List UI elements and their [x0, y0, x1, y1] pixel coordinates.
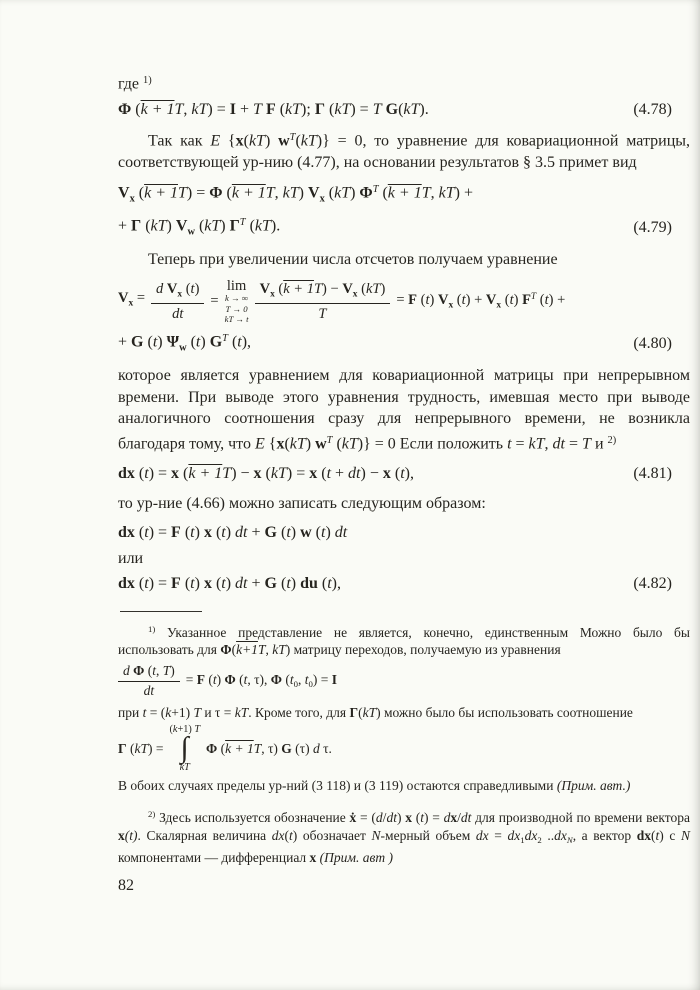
equation-line-2: + Γ (kT) Vw (kT) ΓT (kT). (4.79): [118, 212, 690, 243]
equation-line-2: + G (t) Ψw (t) GT (t), (4.80): [118, 328, 690, 359]
equation-head: Vx =: [118, 288, 145, 315]
equation-body: dx (t) = F (t) x (t) dt + G (t) du (t),: [118, 573, 341, 595]
equation-body: Vx (k + 1T) = Φ (k + 1T, kT) Vx (kT) ΦT …: [118, 179, 473, 210]
equation-body: + Γ (kT) Vw (kT) ΓT (kT).: [118, 212, 280, 243]
fraction-numerator: d Φ (t, T): [118, 663, 180, 682]
equation-number: (4.80): [633, 333, 672, 355]
equation-number: (4.82): [633, 573, 672, 595]
equation-head: Γ (kT) =: [118, 740, 163, 758]
intro-where-line: где 1): [118, 70, 690, 95]
lim-condition: k → ∞: [225, 293, 248, 303]
footnote-1-text: 1) Указанное представление не является, …: [118, 620, 690, 660]
equation-4-79: Vx (k + 1T) = Φ (k + 1T, kT) Vx (kT) ΦT …: [118, 179, 690, 243]
lim-condition: T → 0: [226, 304, 248, 314]
lim-word: lim: [227, 279, 246, 294]
scanned-book-page: где 1) Φ (k + 1T, kT) = I + T F (kT); Γ …: [0, 0, 700, 990]
word-or: или: [118, 548, 690, 570]
equation-body: dx (t) = x (k + 1T) − x (kT) = x (t + dt…: [118, 463, 414, 485]
fraction-difference-quotient: Vx (k + 1T) − Vx (kT) T: [255, 280, 391, 322]
equation-4-81: dx (t) = x (k + 1T) − x (kT) = x (t + dt…: [118, 463, 690, 485]
fraction-denominator: T: [318, 304, 326, 323]
fraction-numerator: d Vx (t): [151, 280, 204, 303]
paragraph-kotoroe: которое является уравнением для ковариац…: [118, 365, 690, 455]
footnotes-section: 1) Указанное представление не является, …: [118, 620, 690, 868]
fraction-numerator: Vx (k + 1T) − Vx (kT): [255, 280, 391, 303]
fraction-dphi-dt: d Φ (t, T) dt: [118, 663, 180, 700]
equation-4-80: Vx = d Vx (t) dt = lim k → ∞ T → 0 kT → …: [118, 279, 690, 360]
paragraph-teper: Теперь при увеличении числа отсчетов пол…: [118, 249, 690, 271]
equation-body: + G (t) Ψw (t) GT (t),: [118, 328, 251, 359]
lim-condition: kT → t: [225, 314, 249, 324]
integral-with-limits: (k+1) T ∫ kT: [169, 724, 200, 773]
equation-number: (4.79): [633, 217, 672, 239]
footnote-1-equation-integral: Γ (kT) = (k+1) T ∫ kT Φ (k + 1T, τ) G (τ…: [118, 724, 690, 773]
equation-line-1: Vx (k + 1T) = Φ (k + 1T, kT) Vx (kT) ΦT …: [118, 179, 690, 210]
limit-operator: lim k → ∞ T → 0 kT → t: [225, 279, 249, 325]
paragraph-to-urnie: то ур-ние (4.66) можно записать следующи…: [118, 493, 690, 515]
integral-sign: ∫: [181, 735, 189, 762]
equation-tail: = F (t) Φ (t, τ), Φ (t0, t0) = I: [186, 671, 337, 693]
equation-body: Φ (k + 1T, kT) = I + T F (kT); Γ (kT) = …: [118, 99, 429, 121]
equation-number: (4.81): [633, 463, 672, 485]
integral-lower-limit: kT: [180, 762, 190, 773]
equation-line-1: Vx = d Vx (t) dt = lim k → ∞ T → 0 kT → …: [118, 279, 690, 325]
equation-body: dx (t) = F (t) x (t) dt + G (t) w (t) dt: [118, 522, 347, 544]
equation-4-78: Φ (k + 1T, kT) = I + T F (kT); Γ (kT) = …: [118, 99, 690, 121]
footnote-1-closing-text: В обоих случаях пределы ур-ний (3 118) и…: [118, 777, 690, 795]
page-content: где 1) Φ (k + 1T, kT) = I + T F (kT); Γ …: [118, 70, 690, 897]
equation-unnumbered: dx (t) = F (t) x (t) dt + G (t) w (t) dt: [118, 522, 690, 544]
equals-sign: =: [210, 291, 218, 313]
fraction-dvx-dt: d Vx (t) dt: [151, 280, 204, 322]
footnote-2-text: 2) Здесь используется обозначение ẋ = (d…: [118, 805, 690, 867]
equation-tail: = F (t) Vx (t) + Vx (t) FT (t) +: [396, 287, 565, 317]
equation-tail: Φ (k + 1T, τ) G (τ) d τ.: [206, 740, 332, 758]
equation-4-82: dx (t) = F (t) x (t) dt + G (t) du (t), …: [118, 573, 690, 595]
paragraph-tak-kak: Так как E {x(kT) wT(kT)} = 0, то уравнен…: [118, 127, 690, 174]
page-number: 82: [118, 875, 690, 897]
footnote-1-text-continued: при t = (k+1) T и τ = kT. Кроме того, дл…: [118, 704, 690, 722]
footnote-divider: [120, 611, 202, 612]
fraction-denominator: dt: [144, 682, 155, 700]
footnote-1-equation-transition: d Φ (t, T) dt = F (t) Φ (t, τ), Φ (t0, t…: [118, 663, 690, 700]
fraction-denominator: dt: [172, 304, 183, 323]
equation-number: (4.78): [633, 99, 672, 121]
